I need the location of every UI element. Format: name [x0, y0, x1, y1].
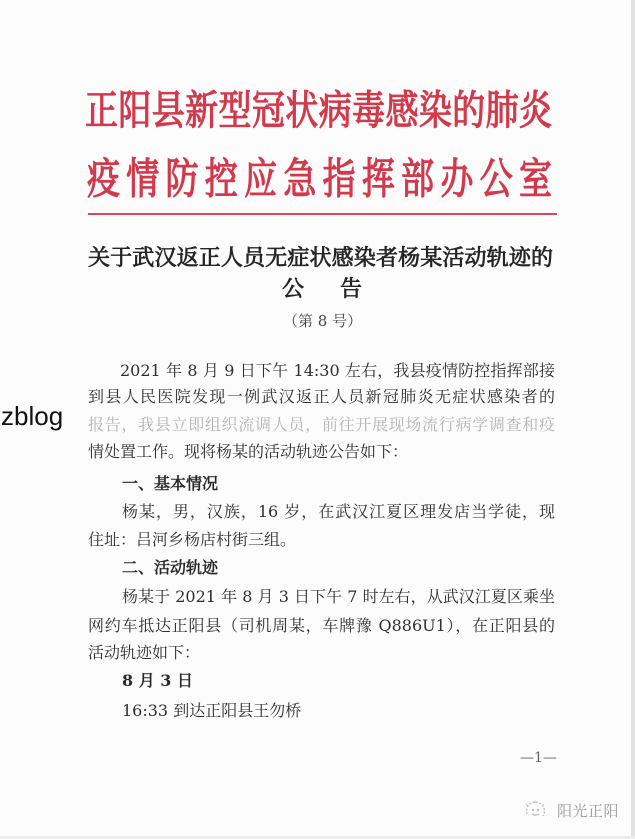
intro-line: 情处置工作。现将杨某的活动轨迹公告如下：: [88, 442, 408, 462]
section1-line: 杨某，男，汉族，16 岁，在武汉江夏区理发店当学徒，现: [122, 502, 555, 522]
date-heading: 8 月 3 日: [122, 671, 193, 691]
section-heading-basic-info: 一、基本情况: [122, 474, 218, 494]
section2-line: 活动轨迹如下：: [88, 643, 200, 663]
wechat-account-icon: [523, 800, 549, 822]
issuer-title-line-1: 正阳县新型冠状病毒感染的肺炎: [85, 90, 552, 130]
trace-entry: 16:33 到达正阳县王勿桥: [122, 701, 301, 721]
section2-line: 杨某于 2021 年 8 月 3 日下午 7 时左右，从武汉江夏区乘坐: [122, 587, 555, 607]
issuer-title-line-2: 疫情防控应急指挥部办公室: [87, 157, 552, 200]
intro-line: 2021 年 8 月 9 日下午 14:30 左右，我县疫情防控指挥部接: [120, 361, 555, 381]
account-watermark: 阳光正阳: [557, 802, 619, 820]
page-number: —1—: [520, 750, 557, 766]
red-separator-rule: [88, 213, 557, 215]
page-edge-right: [631, 0, 635, 839]
section1-line: 住址：吕河乡杨店村街三组。: [88, 530, 296, 550]
notice-title: 关于武汉返正人员无症状感染者杨某活动轨迹的: [88, 246, 553, 270]
section2-line: 网约车抵达正阳县（司机周某，车牌豫 Q886U1），在正阳县的: [88, 616, 555, 636]
intro-line: 到县人民医院发现一例武汉返正人员新冠肺炎无症状感染者的: [88, 387, 555, 407]
intro-line-faded: 报告，我县立即组织流调人员，前往开展现场流行病学调查和疫: [88, 415, 555, 435]
notice-title-announcement: 公告: [282, 277, 398, 301]
section-heading-activity-trace: 二、活动轨迹: [122, 558, 218, 578]
notice-number: （第 8 号）: [283, 313, 357, 330]
zblog-watermark: zblog: [1, 401, 63, 431]
